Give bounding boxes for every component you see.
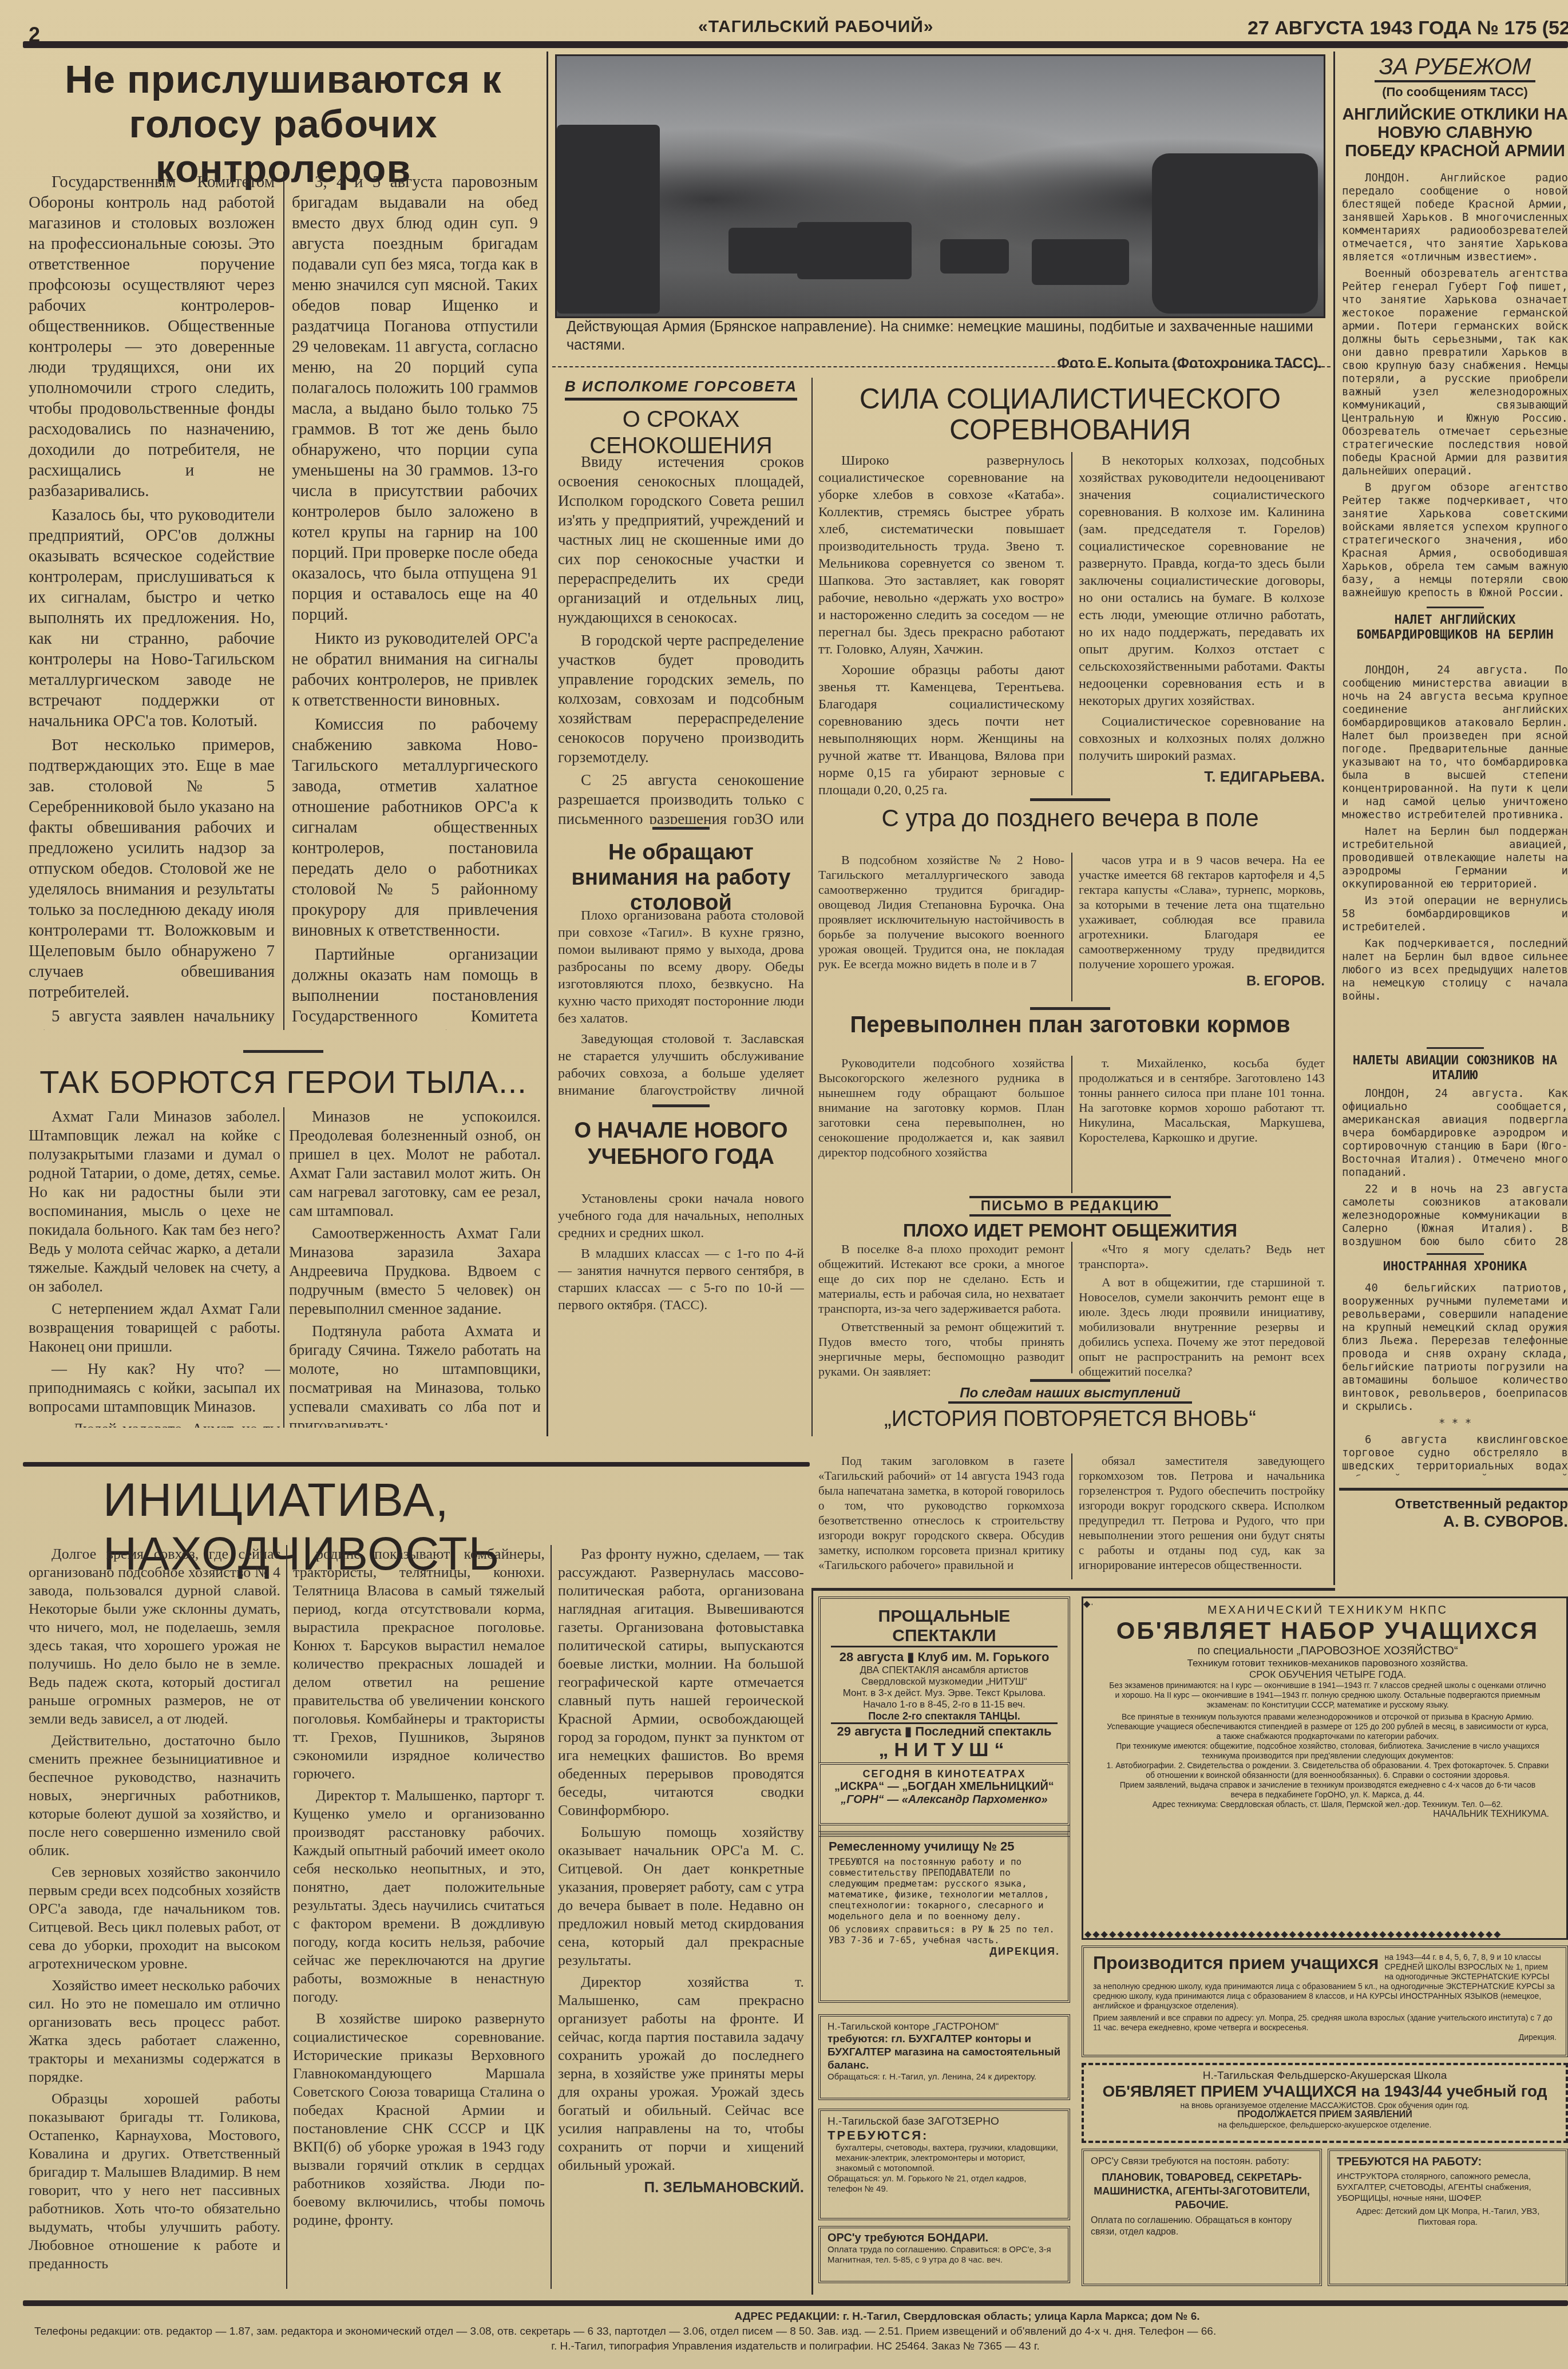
ad-svyaz: ОРС'у Связи требуются на постоян. работу… <box>1082 2149 1322 2286</box>
divider <box>652 827 710 830</box>
paragraph: «Что я могу сделать? Ведь нет транспорта… <box>1079 1242 1325 1271</box>
ad-line: Адрес техникума: Свердловская область, с… <box>1106 1800 1549 1809</box>
tank-silhouette <box>1032 239 1129 285</box>
article-canteen: Не обращают внимания на работу столовой <box>558 827 804 916</box>
ad-sign: Дирекция. <box>1093 2033 1557 2042</box>
photo-credit: Фото Е. Копыта (Фотохроника ТАСС). <box>567 354 1322 373</box>
headline: ИНОСТРАННАЯ ХРОНИКА <box>1342 1259 1568 1274</box>
editor-block: Ответственный редактор А. В. СУВОРОВ. <box>1342 1496 1568 1531</box>
ad-vocational-school: Ремесленному училищу № 25 ТРЕБУЮТСЯ на п… <box>818 1831 1070 2003</box>
ad-line: Без экзаменов принимаются: на I курс — о… <box>1106 1681 1549 1710</box>
paragraph: Долгое время совхоз, где сейчас организо… <box>29 1545 280 1728</box>
paragraph: Руководители подсобного хозяйства Высоко… <box>818 1056 1064 1160</box>
paragraph: — Ну как? Ну что? — приподнимаясь с койк… <box>29 1360 280 1416</box>
divider <box>1427 1253 1484 1255</box>
ad-line: на вновь организуемое отделение МАССАЖИС… <box>1095 2101 1554 2110</box>
paragraph: 5 августа заявлен начальнику общепита т.… <box>29 1006 275 1030</box>
ad-line: „ИСКРА“ — „БОГДАН ХМЕЛЬНИЦКИЙ“ <box>826 1780 1062 1793</box>
article-heroes: ТАК БОРЮТСЯ ГЕРОИ ТЫЛА... <box>29 1050 538 1100</box>
headline: ПЛОХО ИДЕТ РЕМОНТ ОБЩЕЖИТИЯ <box>818 1220 1322 1241</box>
ad-body: ТРЕБУЮТСЯ на постоянную работу и по совм… <box>829 1856 1060 1922</box>
ad-line: Адрес: Детский дом ЦК Мопра, Н.-Тагил, У… <box>1337 2206 1559 2228</box>
paragraph: Самоотверженность Ахмат Гали Миназова за… <box>289 1224 541 1318</box>
column-divider <box>283 172 284 1030</box>
article-competition: СИЛА СОЦИАЛИСТИЧЕСКОГО СОРЕВНОВАНИЯ <box>818 383 1322 445</box>
newspaper-page: 2 «ТАГИЛЬСКИЙ РАБОЧИЙ» 27 АВГУСТА 1943 Г… <box>0 0 1568 2369</box>
paragraph: Плохо организована работа столовой при с… <box>558 907 804 1027</box>
paragraph: — Людей маловато, Ахмат, но ты не волнуй… <box>29 1420 280 1428</box>
ad-line: требуются: гл. БУХГАЛТЕР конторы и БУХГА… <box>827 2033 1061 2072</box>
paragraph: Налет на Берлин был поддержан истребител… <box>1342 825 1568 891</box>
article-field: С утра до позднего вечера в поле <box>818 798 1322 832</box>
paragraph: Установлены сроки начала нового учебного… <box>558 1190 804 1242</box>
caption-text: Действующая Армия (Брянское направление)… <box>567 319 1313 353</box>
signature: П. ЗЕЛЬМАНОВСКИЙ. <box>558 2178 804 2196</box>
column-divider <box>286 1545 287 2289</box>
kicker: ПИСЬМО В РЕДАКЦИЮ <box>969 1196 1171 1217</box>
article-column: 3, 4 и 5 августа паровозным бригадам выд… <box>292 172 538 1030</box>
paragraph: родине показывают комбайнеры, тракторист… <box>293 1545 545 1783</box>
paragraph: В другом обзоре агентство Рейтер также п… <box>1342 481 1568 600</box>
footer: АДРЕС РЕДАКЦИИ: г. Н.-Тагил, Свердловска… <box>34 2309 1557 2354</box>
column-divider <box>1071 1056 1072 1193</box>
paragraph: 6 августа квислинговское торговое судно … <box>1342 1433 1568 1476</box>
ad-line: ПЛАНОВИК, ТОВАРОВЕД, СЕКРЕТАРЬ-МАШИНИСТК… <box>1091 2170 1313 2212</box>
section-title: ЗА РУБЕЖОМ <box>1375 54 1536 82</box>
ad-line: Обращаться: ул. М. Горького № 21, отдел … <box>827 2174 1061 2194</box>
section-rule <box>23 1462 810 1467</box>
paragraph: т. Михайленко, косьба будет продолжаться… <box>1079 1056 1325 1145</box>
footer-address: АДРЕС РЕДАКЦИИ: г. Н.-Тагил, Свердловска… <box>34 2309 1557 2324</box>
paragraph: Из этой операции не вернулись 58 бомбард… <box>1342 894 1568 934</box>
paragraph: Ввиду истечения сроков освоения сенокосн… <box>558 452 804 627</box>
article-column: Ахмат Гали Миназов заболел. Штамповщик л… <box>29 1107 280 1428</box>
headline: С утра до позднего вечера в поле <box>818 805 1322 832</box>
article-school-year: О НАЧАЛЕ НОВОГО УЧЕБНОГО ГОДА <box>558 1104 804 1170</box>
paragraph: Как подчеркивается, последний налет на Б… <box>1342 937 1568 1003</box>
paragraph: В младших классах — с 1-го по 4-й — заня… <box>558 1245 804 1314</box>
ad-header: МЕХАНИЧЕСКИЙ ТЕХНИКУМ НКПС <box>1106 1604 1549 1617</box>
divider <box>1030 1007 1110 1010</box>
newspaper-name: «ТАГИЛЬСКИЙ РАБОЧИЙ» <box>698 17 933 37</box>
paragraph: В подсобном хозяйстве № 2 Ново-Тагильско… <box>818 853 1064 972</box>
paragraph: Партийные организации должны оказать нам… <box>292 944 538 1030</box>
ad-line: Н.-Тагильской конторе „ГАСТРОНОМ“ <box>827 2021 1061 2033</box>
ad-title: ОБ'ЯВЛЯЕТ НАБОР УЧАЩИХСЯ <box>1106 1617 1549 1645</box>
ad-line: бухгалтеры, счетоводы, вахтера, грузчики… <box>827 2143 1061 2174</box>
paragraph: 22 и в ночь на 23 августа самолеты союзн… <box>1342 1183 1568 1247</box>
signature: В. ЕГОРОВ. <box>1079 974 1325 989</box>
headline: О СРОКАХ СЕНОКОШЕНИЯ <box>558 406 804 459</box>
article-column: Широко развернулось социалистическое сор… <box>818 452 1064 795</box>
paragraph: В городской черте распределение участков… <box>558 631 804 767</box>
ad-line: После 2-го спектакля ТАНЦЫ. <box>831 1710 1058 1724</box>
article-dormitory: ПИСЬМО В РЕДАКЦИЮ ПЛОХО ИДЕТ РЕМОНТ ОБЩЕ… <box>818 1196 1322 1241</box>
headline: СИЛА СОЦИАЛИСТИЧЕСКОГО СОРЕВНОВАНИЯ <box>818 383 1322 445</box>
paragraph: Хорошие образцы работы дают звенья тт. К… <box>818 661 1064 795</box>
ad-line: ОРС'у Связи требуются на постоян. работу… <box>1091 2156 1313 2167</box>
article-column: Под таким заголовком в газете «Тагильски… <box>818 1453 1064 1585</box>
ad-line: Прием заявлений, выдача справок и зачисл… <box>1106 1780 1549 1800</box>
paragraph: Хозяйство имеет несколько рабочих сил. Н… <box>29 1976 280 2086</box>
paragraph: 40 бельгийских патриотов, вооруженных ру… <box>1342 1282 1568 1413</box>
headline: НАЛЕТ АНГЛИЙСКИХ БОМБАРДИРОВЩИКОВ НА БЕР… <box>1342 613 1568 643</box>
editor-label: Ответственный редактор <box>1342 1496 1568 1512</box>
paragraph: обязал заместителя заведующего горкомхоз… <box>1079 1453 1325 1572</box>
story-chronicle-title: ИНОСТРАННАЯ ХРОНИКА <box>1342 1253 1568 1274</box>
paragraph: Раз фронту нужно, сделаем, — так рассужд… <box>558 1545 804 1820</box>
section-rule <box>811 1588 1335 1591</box>
ad-line: на фельдшерское, фельдшерско-акушерское … <box>1095 2120 1554 2129</box>
divider <box>243 1050 323 1053</box>
paragraph: Никто из руководителей ОРС'а не обратил … <box>292 628 538 711</box>
tank-silhouette <box>940 239 1009 274</box>
ad-line: по специальности „ПАРОВОЗНОЕ ХОЗЯЙСТВО“ <box>1106 1645 1549 1658</box>
ad-title: Производится прием учащихся <box>1093 1952 1379 1974</box>
ad-midwifery-school: Н.-Тагильская Фельдшерско-Акушерская Шко… <box>1082 2063 1568 2143</box>
paragraph: Заведующая столовой т. Заславская не ста… <box>558 1031 804 1096</box>
ad-gastronom: Н.-Тагильской конторе „ГАСТРОНОМ“ требую… <box>818 2014 1070 2100</box>
ad-line: Техникум готовит техников-механиков паро… <box>1106 1658 1549 1669</box>
separator: * * * <box>1342 1417 1568 1430</box>
column-divider <box>283 1107 284 1428</box>
ad-line: ОРС'у требуются БОНДАРИ. <box>827 2232 1061 2245</box>
column-divider <box>1071 853 1072 1001</box>
divider <box>1427 1047 1484 1049</box>
kicker: В ИСПОЛКОМЕ ГОРСОВЕТА <box>565 378 797 401</box>
divider <box>1427 607 1484 608</box>
paragraph: Социалистическое соревнование на совхозн… <box>1079 713 1325 764</box>
paragraph: Вот несколько примеров, подтверждающих э… <box>29 735 275 1003</box>
paragraph: Военный обозреватель агентства Рейтер ге… <box>1342 267 1568 478</box>
column-divider <box>551 1545 552 2289</box>
column-divider <box>1333 51 1335 1585</box>
paragraph: Ахмат Гали Миназов заболел. Штамповщик л… <box>29 1107 280 1296</box>
ad-line: Оплата труда по соглашению. Справиться: … <box>827 2245 1061 2265</box>
footer-phones: Телефоны редакции: отв. редактор — 1.87,… <box>34 2324 1557 2339</box>
headline: Не прислушиваются к голосу рабочих контр… <box>29 57 538 191</box>
ad-line: 29 августа ▮ Последний спектакль <box>831 1724 1058 1739</box>
ad-line: СРОК ОБУЧЕНИЯ ЧЕТЫРЕ ГОДА. <box>1106 1669 1549 1681</box>
ad-line: „НИТУШ“ <box>831 1739 1058 1761</box>
ad-zagotzerno: Н.-Тагильской базе ЗАГОТЗЕРНО ТРЕБУЮТСЯ:… <box>818 2109 1070 2220</box>
war-photo <box>555 54 1325 318</box>
paragraph: В некоторых колхозах, подсобных хозяйств… <box>1079 452 1325 710</box>
ad-sign: НАЧАЛЬНИК ТЕХНИКУМА. <box>1106 1809 1549 1820</box>
editor-name: А. В. СУВОРОВ. <box>1342 1512 1568 1531</box>
article-column: часов утра и в 9 часов вечера. На ее уча… <box>1079 853 1325 1007</box>
paragraph: ЛОНДОН. Английское радио передало сообще… <box>1342 172 1568 264</box>
diamond-border: ◆◆◆◆◆◆◆◆◆◆◆◆◆◆◆◆◆◆◆◆◆◆◆◆◆◆◆◆◆◆◆◆◆◆◆◆◆◆◆◆… <box>1084 1928 1565 1942</box>
column-divider <box>547 51 548 1436</box>
ad-line: 1. Автобиографии. 2. Свидетельства о рож… <box>1106 1761 1549 1780</box>
paragraph: Под таким заголовком в газете «Тагильски… <box>818 1453 1064 1572</box>
headline: ТАК БОРЮТСЯ ГЕРОИ ТЫЛА... <box>29 1063 538 1100</box>
kicker: По следам наших выступлений <box>948 1385 1192 1404</box>
headline: Перевыполнен план заготовки кормов <box>818 1012 1322 1038</box>
divider <box>1030 798 1110 801</box>
paragraph: ЛОНДОН, 24 августа. По сообщению министе… <box>1342 664 1568 822</box>
ad-title: ОБ'ЯВЛЯЕТ ПРИЕМ УЧАЩИХСЯ на 1943/44 учеб… <box>1095 2082 1554 2101</box>
article-column: ЛОНДОН, 24 августа. Как официально сообщ… <box>1342 1087 1568 1247</box>
article-column: т. Михайленко, косьба будет продолжаться… <box>1079 1056 1325 1193</box>
ad-line: Прием заявлений и все справки по адресу:… <box>1093 2013 1557 2033</box>
ad-line: 28 августа ▮ Клуб им. М. Горького <box>831 1650 1058 1665</box>
photo-caption: Действующая Армия (Брянское направление)… <box>567 318 1322 373</box>
article-history: По следам наших выступлений „ИСТОРИЯ ПОВ… <box>818 1379 1322 1432</box>
ad-technikum: МЕХАНИЧЕСКИЙ ТЕХНИКУМ НКПС ОБ'ЯВЛЯЕТ НАБ… <box>1082 1596 1568 1940</box>
ad-line: ПРОДОЛЖАЕТСЯ ПРИЕМ ЗАЯВЛЕНИЙ <box>1095 2110 1554 2120</box>
paragraph: Комиссия по рабочему снабжению завкома Н… <box>292 714 538 941</box>
masthead-rule <box>23 41 1568 48</box>
paragraph: Директор хозяйства т. Малышенко, сам пре… <box>558 1973 804 2174</box>
article-haymaking: В ИСПОЛКОМЕ ГОРСОВЕТА О СРОКАХ СЕНОКОШЕН… <box>558 378 804 459</box>
column-divider <box>811 1591 813 2295</box>
headline: О НАЧАЛЕ НОВОГО УЧЕБНОГО ГОДА <box>558 1118 804 1170</box>
tank-silhouette <box>557 125 660 314</box>
diamond-border: ◆◆◆◆◆◆◆◆◆◆◆◆◆◆◆◆◆◆◆◆◆◆◆◆◆◆◆◆◆ <box>1083 1599 1092 1936</box>
article-column: ЛОНДОН. Английское радио передало сообще… <box>1342 172 1568 618</box>
source-note: (По сообщениям ТАСС) <box>1342 85 1568 100</box>
paragraph: Большую помощь хозяйству оказывает начал… <box>558 1823 804 1970</box>
paragraph: Директор т. Малышенко, парторг т. Кущенк… <box>293 1786 545 2006</box>
article-column: В некоторых колхозах, подсобных хозяйств… <box>1079 452 1325 795</box>
column-divider <box>811 378 813 1436</box>
ad-line: ТРЕБУЮТСЯ: <box>827 2128 1061 2143</box>
paragraph: Казалось бы, что руководители предприяти… <box>29 505 275 731</box>
column-divider <box>1071 1453 1072 1579</box>
ad-line: Н.-Тагильской базе ЗАГОТЗЕРНО <box>827 2116 1061 2128</box>
paragraph: Миназов не успокоился. Преодолевая болез… <box>289 1107 541 1221</box>
footer-rule <box>23 2300 1568 2306</box>
paragraph: С нетерпением ждал Ахмат Гали возвращени… <box>29 1300 280 1356</box>
article-column: Миназов не успокоился. Преодолевая болез… <box>289 1107 541 1428</box>
paragraph: Действительно, достаточно было сменить п… <box>29 1732 280 1860</box>
paragraph: С 25 августа сенокошение разрешается про… <box>558 770 804 824</box>
ad-line: ДВА СПЕКТАКЛЯ ансамбля артистов Свердлов… <box>831 1665 1058 1687</box>
divider <box>1339 1488 1568 1491</box>
tank-silhouette <box>1152 153 1318 314</box>
article-column: родине показывают комбайнеры, тракторист… <box>293 1545 545 2289</box>
ad-sign: ДИРЕКЦИЯ. <box>829 1946 1060 1958</box>
paragraph: Образцы хорошей работы показывают бригад… <box>29 2090 280 2273</box>
ad-title: Ремесленному училищу № 25 <box>829 1839 1060 1854</box>
article-column: В поселке 8-а плохо проходит ремонт обще… <box>818 1242 1064 1379</box>
tank-silhouette <box>797 222 912 279</box>
footer-printer: г. Н.-Тагил, типография Управления издат… <box>34 2339 1557 2354</box>
paragraph: Ответственный за ремонт общежитий т. Пуд… <box>818 1320 1064 1379</box>
headline: „ИСТОРИЯ ПОВТОРЯЕТСЯ ВНОВЬ“ <box>818 1407 1322 1432</box>
article-column: Раз фронту нужно, сделаем, — так рассужд… <box>558 1545 804 2289</box>
article-column: Установлены сроки начала нового учебного… <box>558 1190 804 1431</box>
issue-date: 27 АВГУСТА 1943 ГОДА № 175 (526) <box>1248 17 1568 39</box>
article-fodder: Перевыполнен план заготовки кормов <box>818 1007 1322 1038</box>
article-column: Государственным Комитетом Обороны контро… <box>29 172 275 1030</box>
article-column: Долгое время совхоз, где сейчас организо… <box>29 1545 280 2289</box>
ad-line: Монт. в 3-х дейст. Муз. Эрве. Текст Крыл… <box>831 1687 1058 1710</box>
ad-adult-school: Производится прием учащихся на 1943—44 г… <box>1082 1946 1568 2057</box>
column-divider <box>1071 452 1072 795</box>
ad-cinema: СЕГОДНЯ В КИНОТЕАТРАХ „ИСКРА“ — „БОГДАН … <box>818 1762 1070 1825</box>
story-berlin-title: НАЛЕТ АНГЛИЙСКИХ БОМБАРДИРОВЩИКОВ НА БЕР… <box>1342 607 1568 643</box>
story-italy-title: НАЛЕТЫ АВИАЦИИ СОЮЗНИКОВ НА ИТАЛИЮ <box>1342 1047 1568 1083</box>
paragraph: А вот в общежитии, где старшиной т. Ново… <box>1079 1275 1325 1379</box>
headline: НАЛЕТЫ АВИАЦИИ СОЮЗНИКОВ НА ИТАЛИЮ <box>1342 1053 1568 1083</box>
article-column: Руководители подсобного хозяйства Высоко… <box>818 1056 1064 1193</box>
ad-line: ТРЕБУЮТСЯ НА РАБОТУ: <box>1337 2156 1559 2169</box>
headline: Не обращают внимания на работу столовой <box>558 840 804 916</box>
paragraph: Сев зерновых хозяйство закончило первым … <box>29 1863 280 1973</box>
headline: АНГЛИЙСКИЕ ОТКЛИКИ НА НОВУЮ СЛАВНУЮ ПОБЕ… <box>1342 105 1568 160</box>
signature: Т. ЕДИГАРЬЕВА. <box>1079 768 1325 785</box>
ad-coopers: ОРС'у требуются БОНДАРИ. Оплата труда по… <box>818 2226 1070 2283</box>
paragraph: часов утра и в 9 часов вечера. На ее уча… <box>1079 853 1325 972</box>
ad-line: При техникуме имеются: общежитие, подсоб… <box>1106 1741 1549 1761</box>
paragraph: В поселке 8-а плохо проходит ремонт обще… <box>818 1242 1064 1316</box>
paragraph: В хозяйстве широко развернуто социалисти… <box>293 2010 545 2229</box>
ad-line: Н.-Тагильская Фельдшерско-Акушерская Шко… <box>1095 2070 1554 2082</box>
paragraph: 3, 4 и 5 августа паровозным бригадам выд… <box>292 172 538 625</box>
ad-line: Успевающие учащиеся обеспечиваются стипе… <box>1106 1722 1549 1741</box>
article-column: Ввиду истечения сроков освоения сенокосн… <box>558 452 804 824</box>
divider <box>1030 1379 1110 1382</box>
article-column: «Что я могу сделать? Ведь нет транспорта… <box>1079 1242 1325 1379</box>
ad-line: Обращаться: г. Н.-Тагил, ул. Ленина, 24 … <box>827 2072 1061 2082</box>
article-controllers: Не прислушиваются к голосу рабочих контр… <box>29 57 538 191</box>
ad-line: Все принятые в техникум пользуются права… <box>1106 1712 1549 1722</box>
divider <box>652 1104 710 1107</box>
paragraph: Государственным Комитетом Обороны контро… <box>29 172 275 501</box>
divider <box>552 366 1331 369</box>
ad-line: Оплата по соглашению. Обращаться в конто… <box>1091 2215 1313 2238</box>
column-divider <box>1071 1242 1072 1373</box>
ad-title: СЕГОДНЯ В КИНОТЕАТРАХ <box>826 1768 1062 1780</box>
article-column: Плохо организована работа столовой при с… <box>558 907 804 1096</box>
paragraph: Широко развернулось социалистическое сор… <box>818 452 1064 658</box>
article-column: В подсобном хозяйстве № 2 Ново-Тагильско… <box>818 853 1064 1007</box>
ad-title: ПРОЩАЛЬНЫЕ СПЕКТАКЛИ <box>831 1607 1058 1647</box>
article-column: ЛОНДОН, 24 августа. По сообщению министе… <box>1342 664 1568 1041</box>
ad-line: ИНСТРУКТОРА столярного, сапожного ремесл… <box>1337 2171 1559 2204</box>
section-abroad: ЗА РУБЕЖОМ (По сообщениям ТАСС) АНГЛИЙСК… <box>1342 54 1568 160</box>
article-column: обязал заместителя заведующего горкомхоз… <box>1079 1453 1325 1585</box>
ad-childrens-home: ТРЕБУЮТСЯ НА РАБОТУ: ИНСТРУКТОРА столярн… <box>1328 2149 1568 2286</box>
article-column: 40 бельгийских патриотов, вооруженных ру… <box>1342 1282 1568 1476</box>
paragraph: ЛОНДОН, 24 августа. Как официально сообщ… <box>1342 1087 1568 1179</box>
ad-contact: Об условиях справиться: в РУ № 25 по тел… <box>829 1924 1060 1946</box>
paragraph: Подтянула работа Ахмата и бригаду Сячина… <box>289 1322 541 1428</box>
ad-line: „ГОРН“ — «Александр Пархоменко» <box>826 1793 1062 1807</box>
